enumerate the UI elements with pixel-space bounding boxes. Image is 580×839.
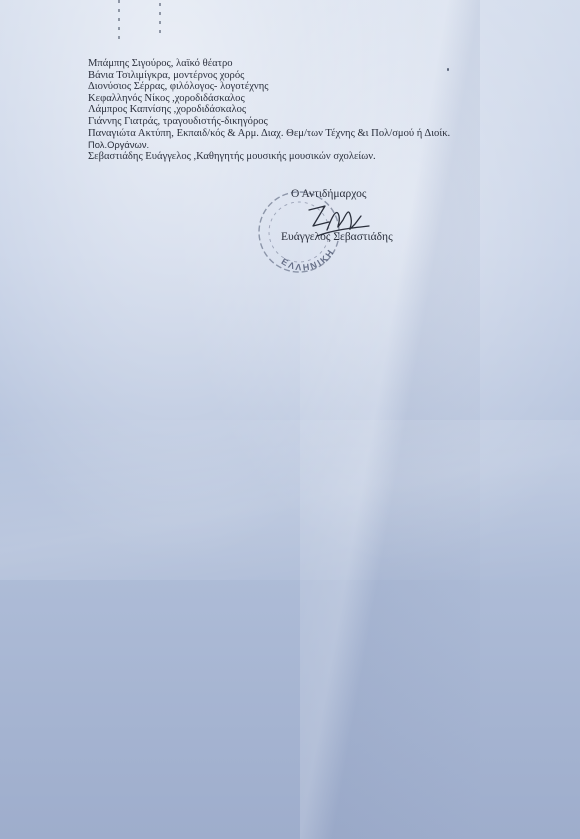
participants-list: Μπάμπης Σιγούρος, λαϊκό θέατρο Βάνια Τσι… — [88, 58, 488, 162]
list-item: Λάμπρος Καπνίσης ,χοροδιδάσκαλος — [88, 104, 488, 116]
list-item: Κεφαλληνός Νίκος ,χοροδιδάσκαλος — [88, 93, 488, 105]
list-item: Μπάμπης Σιγούρος, λαϊκό θέατρο — [88, 58, 488, 70]
list-item: Γιάννης Γιατράς, τραγουδιστής-δικηγόρος — [88, 116, 488, 128]
document-page: Μπάμπης Σιγούρος, λαϊκό θέατρο Βάνια Τσι… — [0, 0, 580, 839]
signatory-title: Ο Αντιδήμαρχος — [291, 188, 366, 200]
list-item: Σεβαστιάδης Ευάγγελος ,Καθηγητής μουσική… — [88, 151, 488, 163]
svg-text:ΕΛΛΗΝΙΚΗ: ΕΛΛΗΝΙΚΗ — [280, 247, 337, 273]
list-item: Βάνια Τσιλιμίγκρα, μοντέρνος χορός — [88, 70, 488, 82]
stamp-text: ΕΛΛΗΝΙΚΗ — [280, 247, 337, 273]
staple-mark — [118, 0, 120, 40]
staple-mark — [159, 3, 161, 39]
paper-fold — [0, 420, 580, 580]
list-item: Παναγιώτα Ακτύπη, Εκπαιδ/κός & Αρμ. Διαχ… — [88, 128, 488, 140]
list-item-continuation: Πολ.Οργάνων. — [88, 139, 488, 151]
list-item: Διονύσιος Σέρρας, φιλόλογος- λογοτέχνης — [88, 81, 488, 93]
signatory-name: Ευάγγελος Σεβαστιάδης — [281, 231, 393, 243]
